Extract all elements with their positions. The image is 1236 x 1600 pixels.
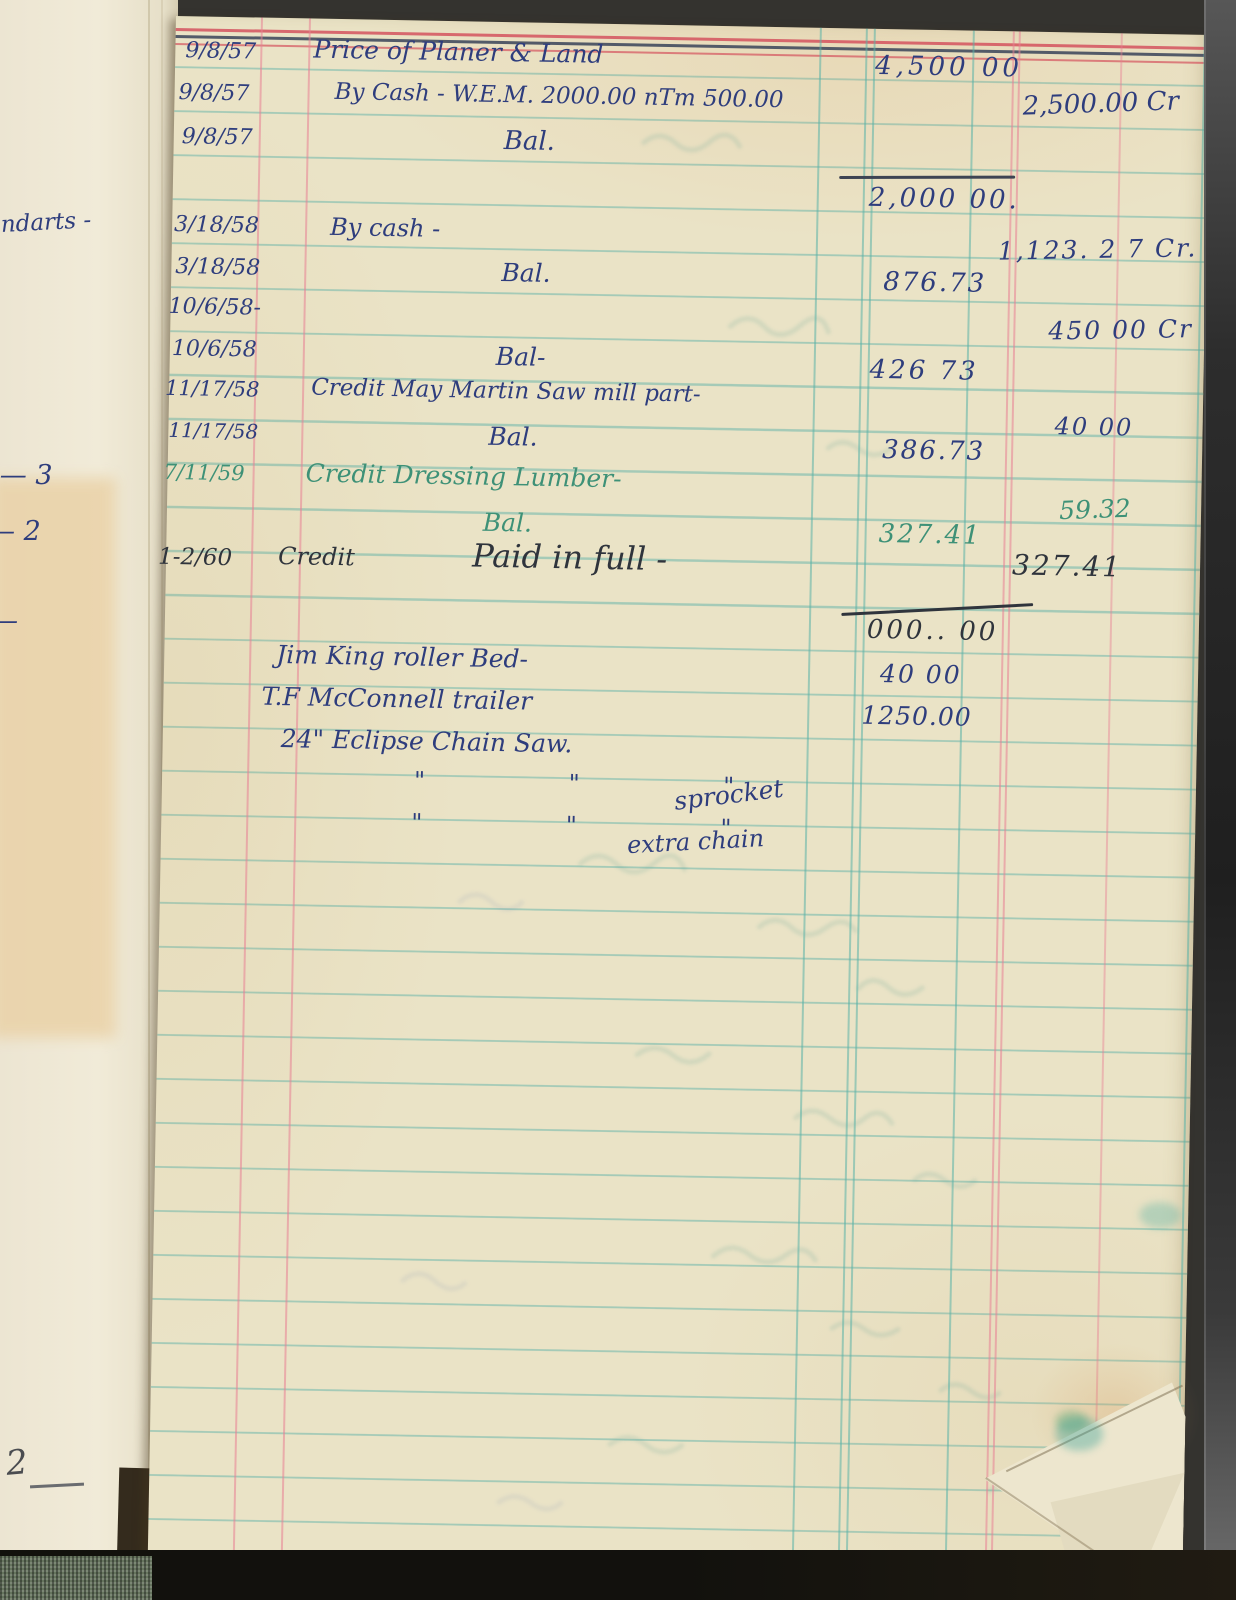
entry-credit: 2,500.00 Cr	[1022, 88, 1179, 119]
entry-description: Bal.	[483, 510, 533, 536]
entry-date: 3/18/58	[174, 214, 259, 238]
entry-date: 9/8/57	[182, 126, 253, 149]
entry-description: T.F McConnell trailer	[261, 684, 532, 714]
entry-debit: 876.73	[883, 269, 986, 297]
total-underline	[839, 176, 1015, 179]
margin-note-dash: —	[0, 608, 18, 634]
amount-column-rule	[944, 31, 975, 1591]
entry-description: Credit May Martin Saw mill part-	[311, 377, 701, 407]
entry-date: 9/8/57	[178, 82, 249, 105]
entry-description: Credit Dressing Lumber-	[305, 460, 621, 491]
scanned-ledger-screenshot: undarts - 9 — 3 — 2 — 2	[0, 0, 1236, 1600]
page-crease	[148, 0, 150, 1600]
entry-date: 9/8/57	[185, 40, 256, 63]
book-binding-edge	[0, 1550, 1236, 1600]
date-column-rule	[280, 18, 311, 1578]
entry-debit: 40 00	[880, 661, 962, 687]
entry-note: extra chain	[626, 826, 764, 857]
entry-debit: 426 73	[869, 357, 978, 385]
entry-date: 1-2/60	[158, 546, 232, 570]
entry-description: Jim King roller Bed-	[276, 642, 528, 672]
margin-note-tally-2: — 2	[0, 518, 41, 545]
entry-credit: 327.41	[1012, 551, 1122, 581]
tape-stain	[0, 478, 116, 1038]
entry-debit: 386.73	[882, 437, 985, 465]
page-number-underline	[30, 1483, 84, 1489]
book-spine-shadow	[1204, 0, 1236, 1600]
entry-credit: 1,123. 2 7 Cr.	[998, 235, 1198, 263]
margin-note-tally-1: 9 — 3	[0, 462, 53, 489]
entry-date: 10/6/58	[172, 338, 257, 362]
margin-note-edge-word: undarts -	[0, 209, 92, 237]
folded-page-corner	[981, 1373, 1187, 1577]
ledger-page: 9/8/57 Price of Planer & Land 4,500 00 9…	[147, 16, 1209, 1595]
entry-date: 3/18/58	[175, 256, 260, 280]
entry-debit: 1250.00	[861, 703, 972, 730]
entry-label: Credit	[278, 544, 355, 569]
entry-credit: 59.32	[1059, 496, 1131, 523]
entry-date: 10/6/58-	[168, 296, 261, 320]
entry-credit: 40 00	[1054, 414, 1133, 439]
ink-smudge-teal	[1139, 1202, 1181, 1229]
entry-description: Bal.	[501, 260, 551, 286]
entry-description: By Cash - W.E.M. 2000.00 nTm 500.00	[334, 81, 783, 112]
entry-credit: 450 00 Cr	[1048, 316, 1193, 343]
entry-balance: 000.. 00	[867, 617, 999, 645]
edge-column-rule	[1175, 35, 1206, 1595]
date-column-rule	[232, 18, 263, 1578]
credit-column-rule	[1092, 33, 1123, 1593]
binding-fabric	[0, 1556, 152, 1600]
entry-description: 24" Eclipse Chain Saw.	[281, 726, 573, 756]
entry-debit: 4,500 00	[875, 53, 1023, 82]
entry-date: 11/17/58	[165, 378, 260, 401]
entry-date: 11/17/58	[168, 420, 258, 442]
entry-description: Bal-	[496, 344, 546, 370]
entry-description: Bal.	[504, 128, 556, 155]
entry-balance: 2,000 00.	[869, 185, 1020, 214]
entry-description: By cash -	[330, 215, 441, 241]
page-number-note: 2	[5, 1445, 30, 1481]
amount-column-rule	[837, 29, 868, 1589]
entry-description: Price of Planer & Land	[313, 37, 604, 67]
entry-date: 7/11/59	[163, 462, 244, 484]
entry-description: Paid in full -	[472, 540, 668, 576]
amount-column-rule	[791, 28, 822, 1588]
entry-description: Bal.	[488, 424, 538, 450]
entry-debit: 327.41	[878, 521, 981, 549]
